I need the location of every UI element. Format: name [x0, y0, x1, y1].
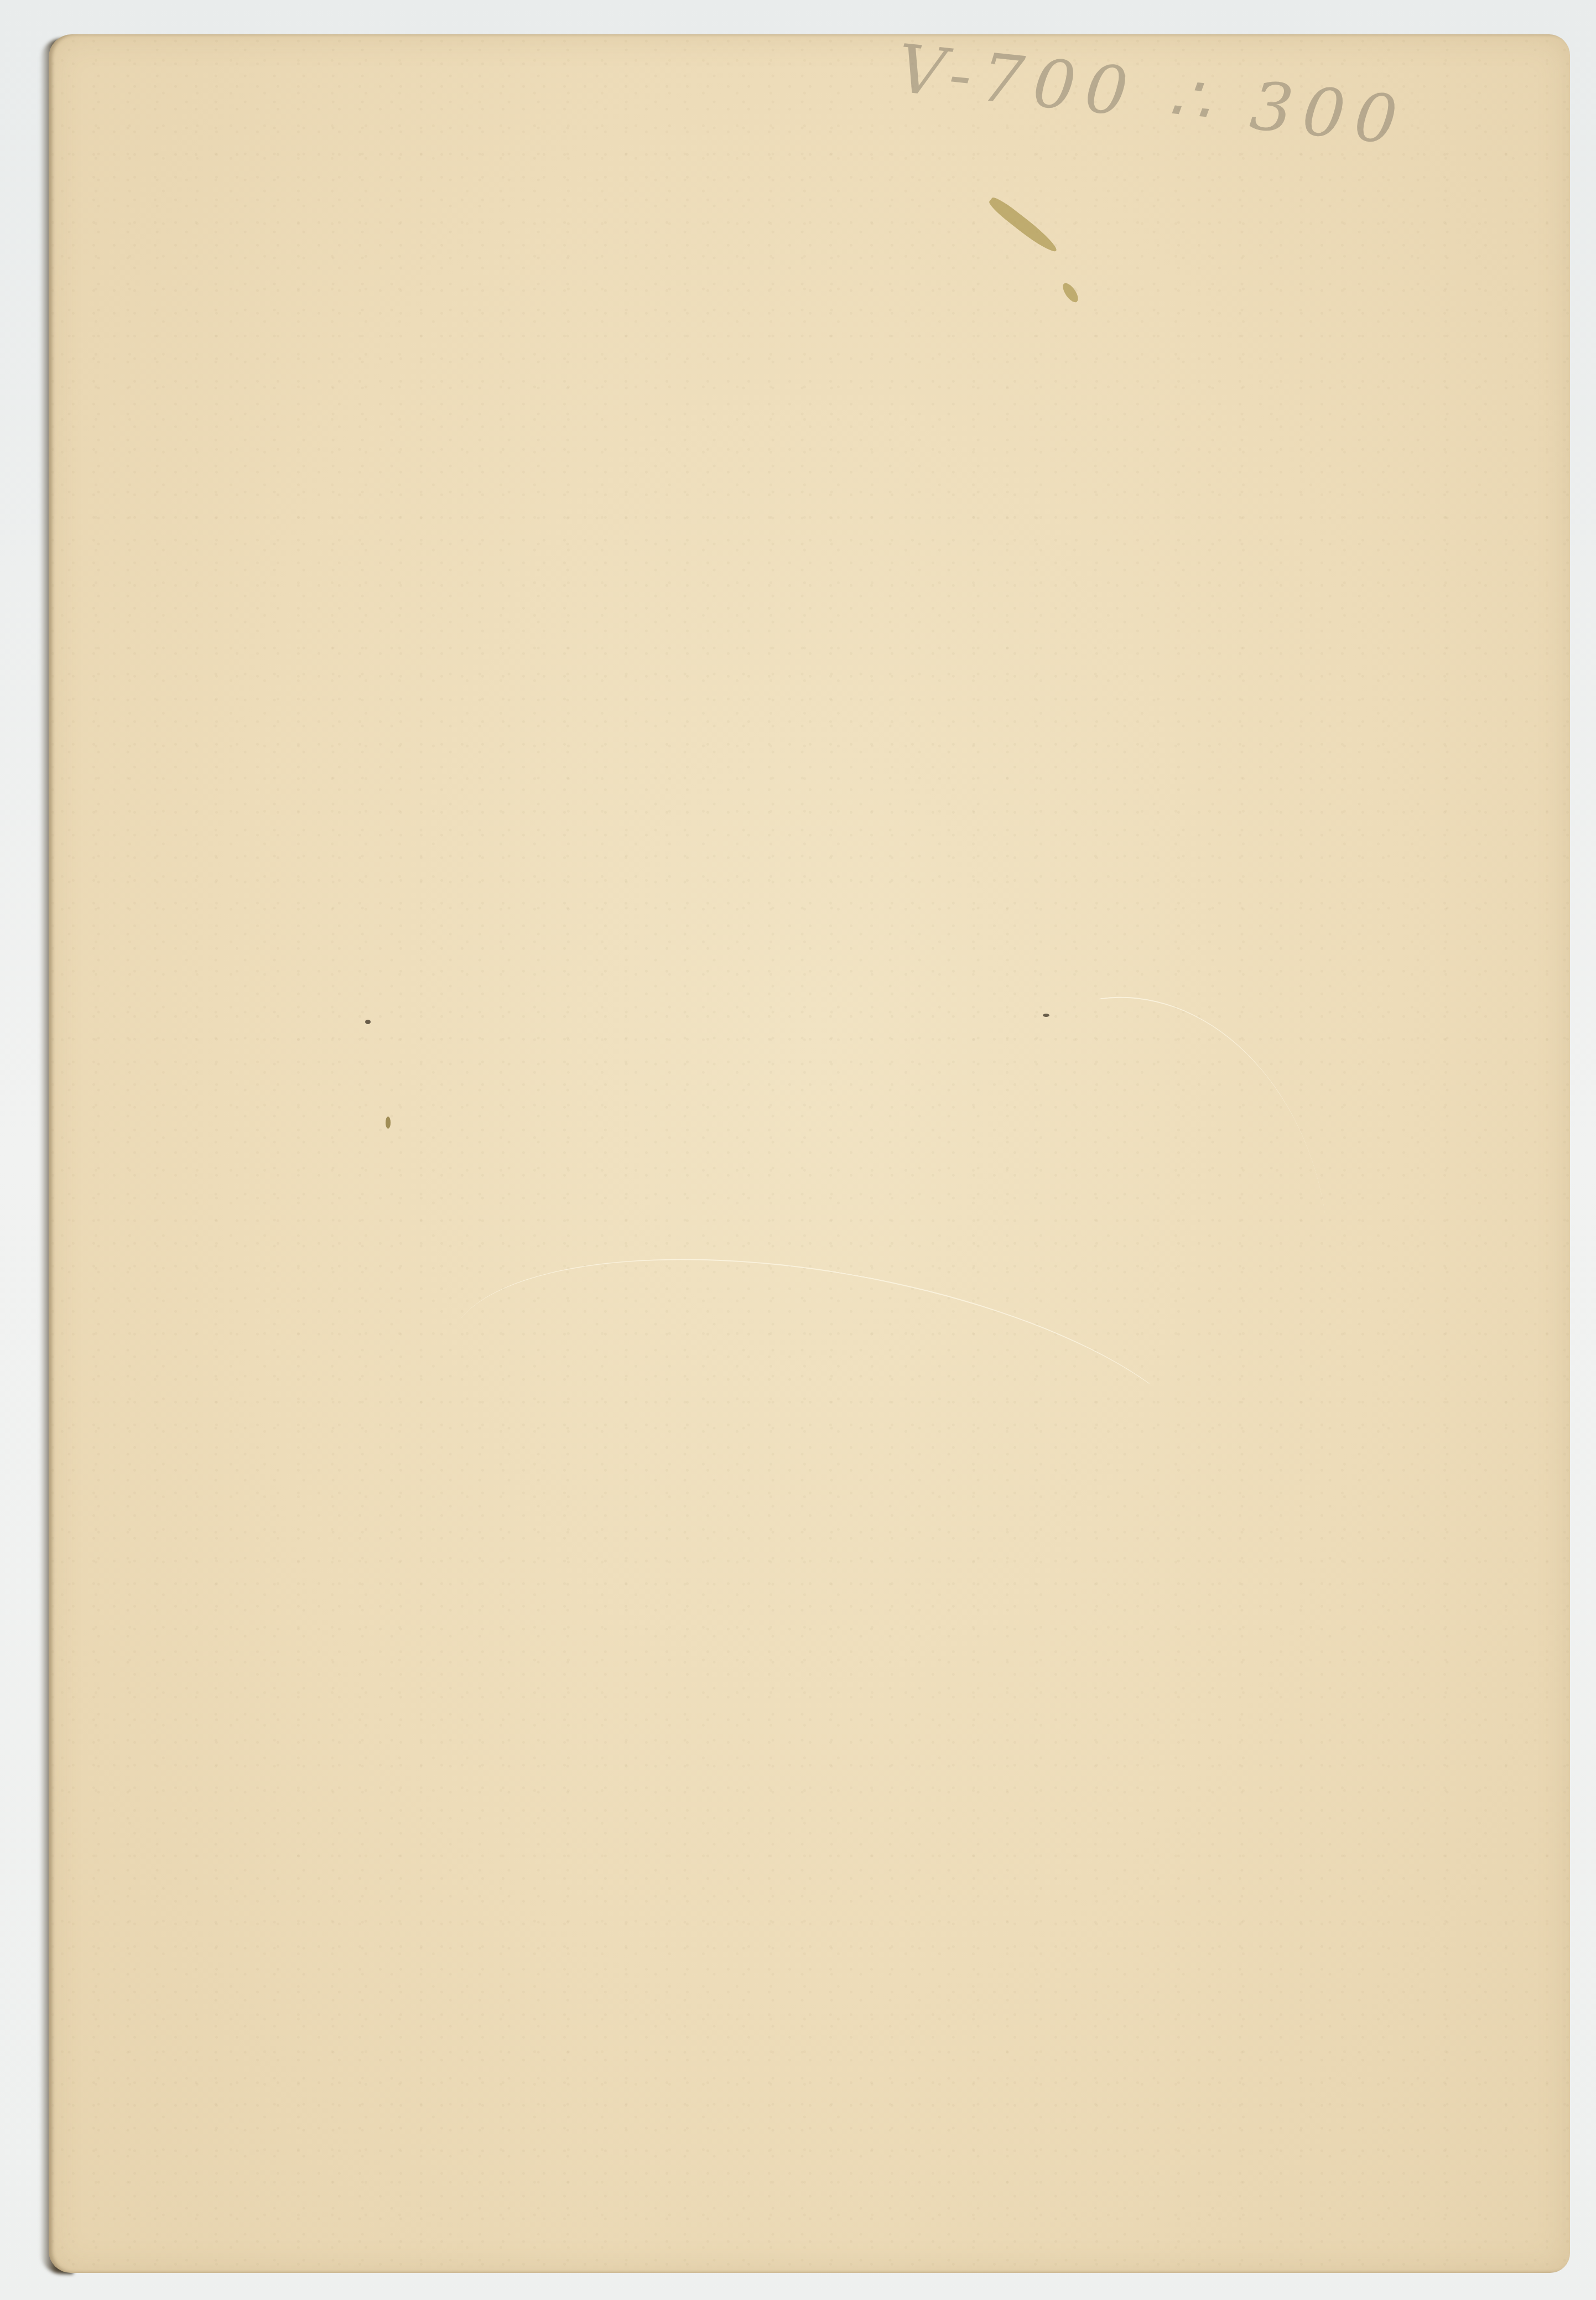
speck	[365, 1020, 371, 1024]
speck	[386, 1117, 391, 1129]
paper-texture	[49, 34, 1570, 2273]
card-back	[49, 34, 1570, 2273]
speck	[1043, 1014, 1049, 1017]
